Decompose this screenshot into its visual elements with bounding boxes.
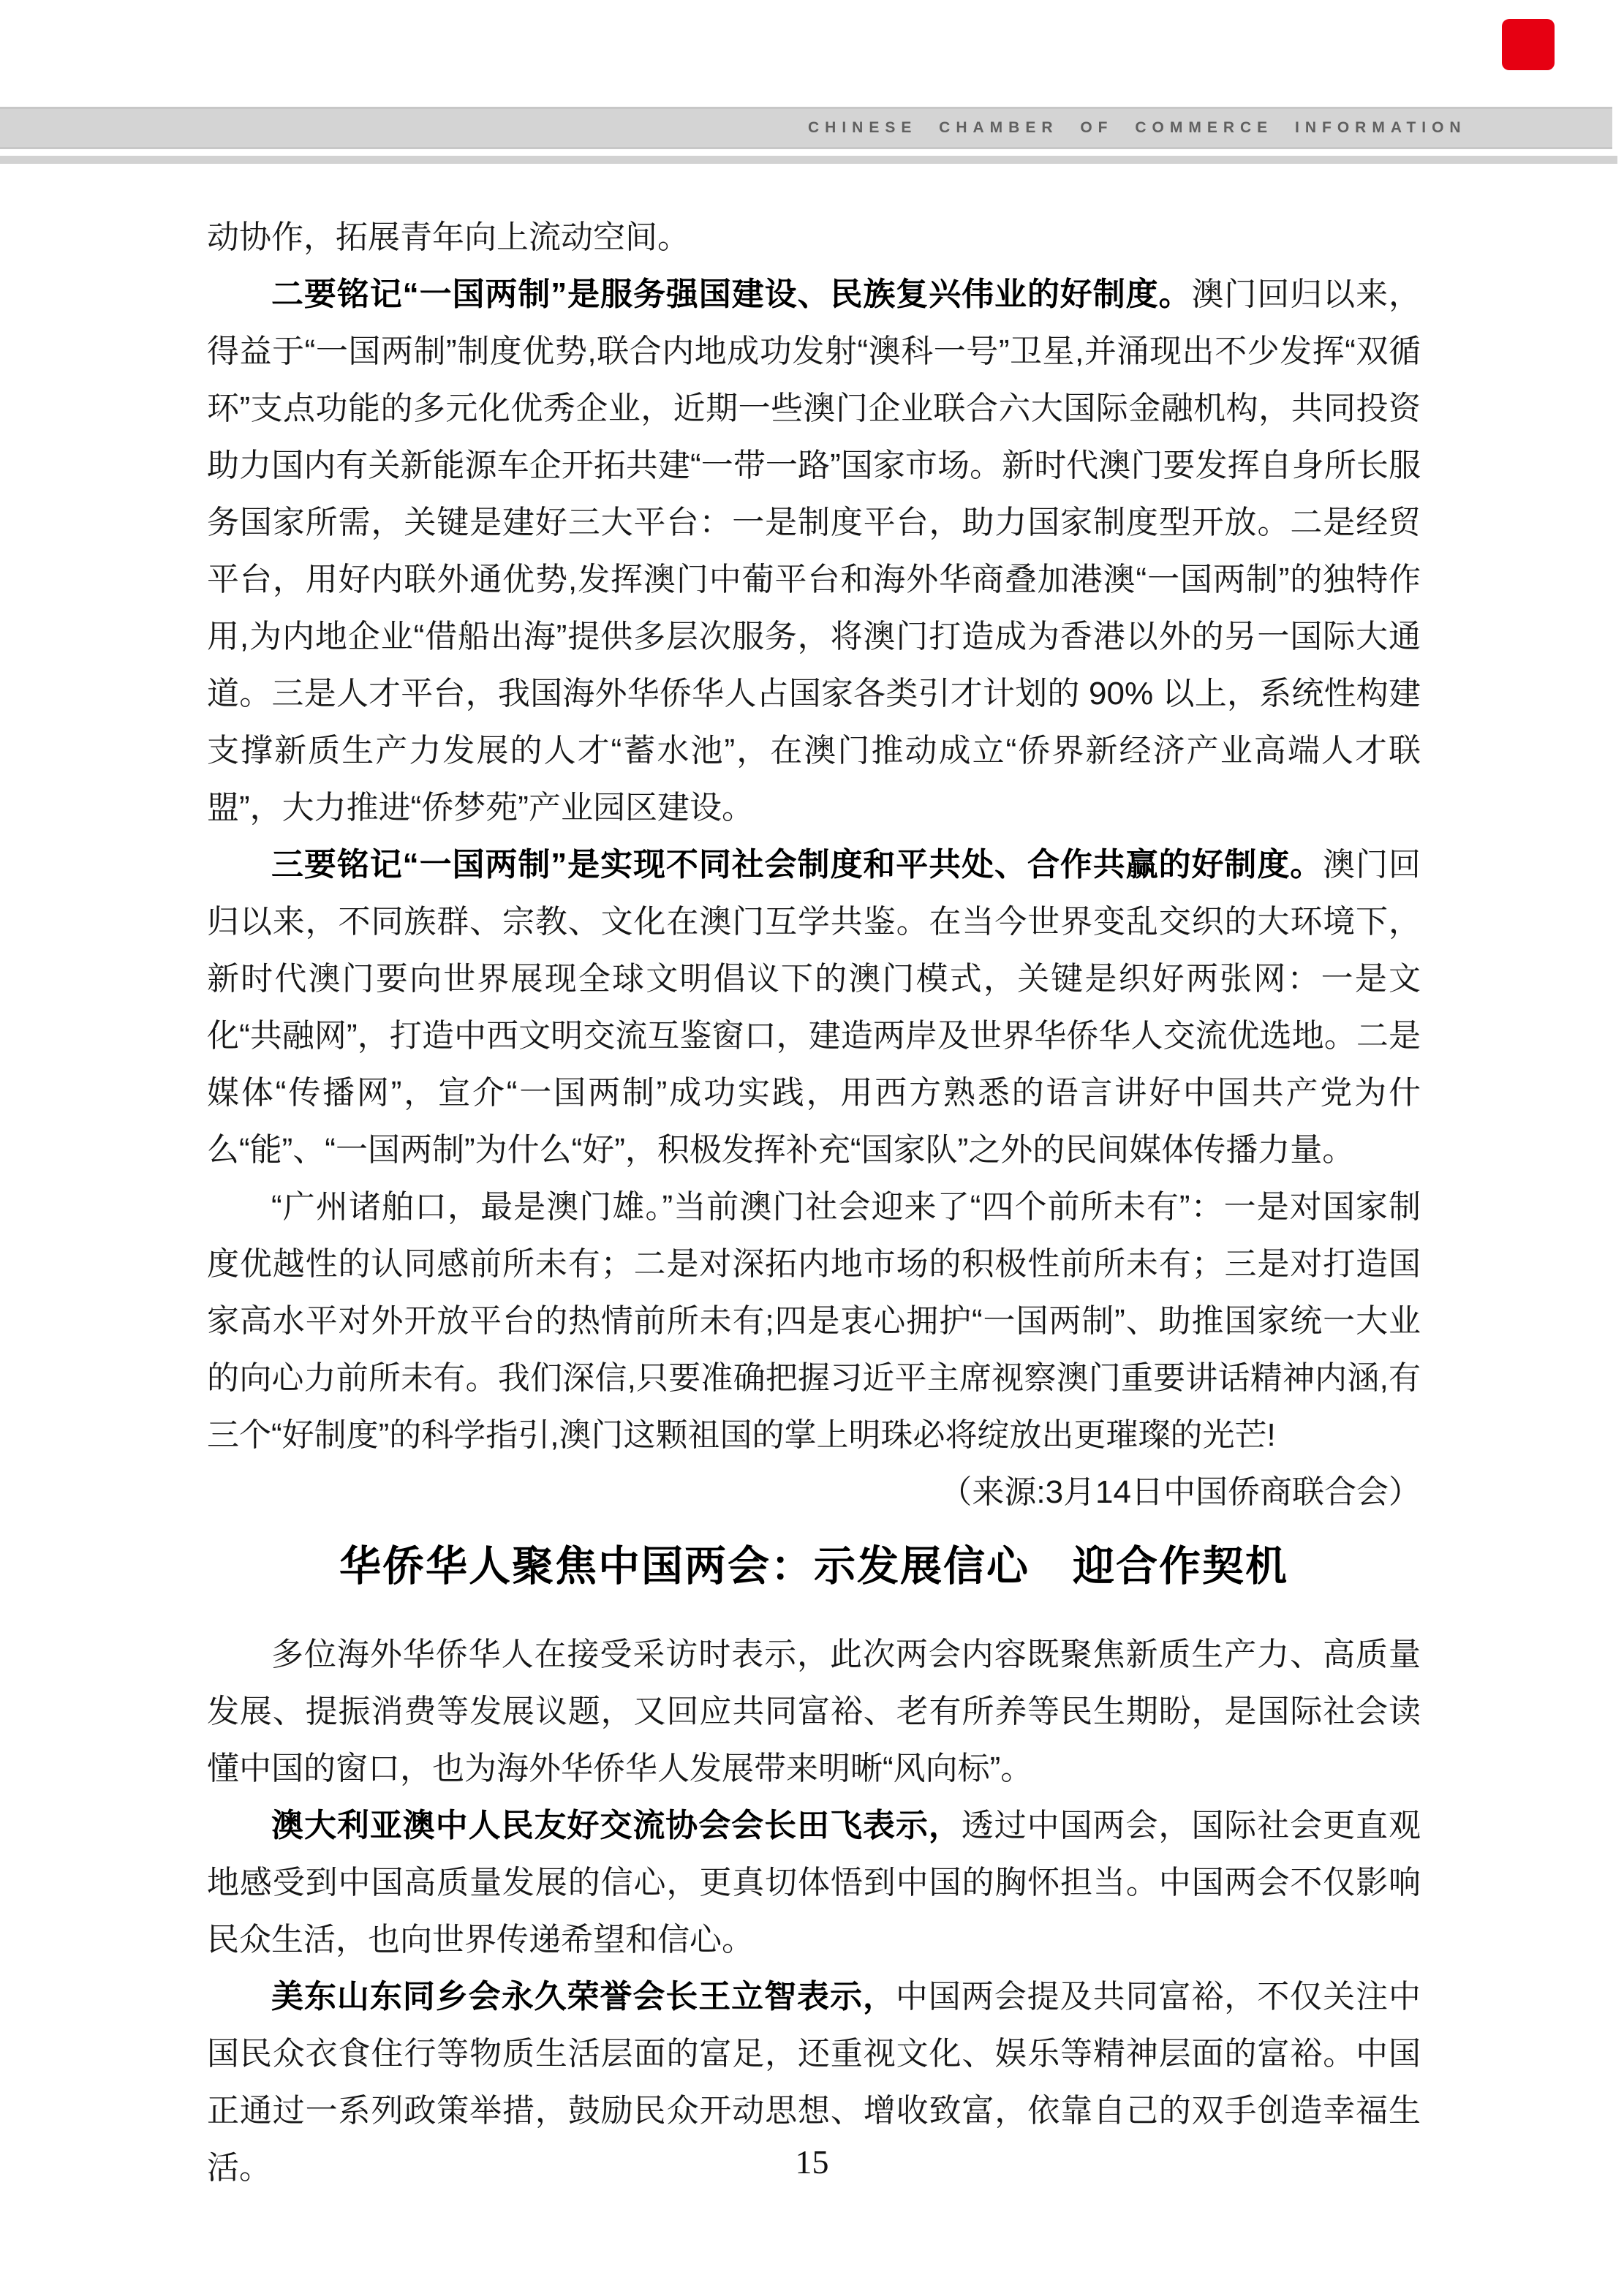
paragraph-text: 澳门回归以来，不同族群、宗教、文化在澳门互学共鉴。在当今世界变乱交织的大环境下，… — [207, 847, 1421, 1168]
paragraph-text: 澳门回归以来，得益于“一国两制”制度优势,联合内地成功发射“澳科一号”卫星,并涌… — [207, 276, 1421, 826]
source-note: （来源:3月14日中国侨商联合会） — [940, 1464, 1421, 1521]
paragraph-three-principle: 三要铭记“一国两制”是实现不同社会制度和平共处、合作共赢的好制度。澳门回归以来，… — [207, 837, 1421, 1179]
paragraph-tianfei: 澳大利亚澳中人民友好交流协会会长田飞表示，透过中国两会，国际社会更直观地感受到中… — [207, 1797, 1421, 1969]
paragraph-lead: 二要铭记“一国两制”是服务强国建设、民族复兴伟业的好制度。 — [271, 276, 1192, 312]
paragraph-text: “广州诸舶口，最是澳门雄。”当前澳门社会迎来了“四个前所未有”：一是对国家制度优… — [207, 1189, 1421, 1453]
header-band: CHINESE CHAMBER OF COMMERCE INFORMATION — [0, 107, 1612, 149]
paragraph-overview: 多位海外华侨华人在接受采访时表示，此次两会内容既聚焦新质生产力、高质量发展、提振… — [207, 1626, 1421, 1797]
header-banner-text: CHINESE CHAMBER OF COMMERCE INFORMATION — [808, 109, 1467, 147]
article-title: 华侨华人聚焦中国两会：示发展信心 迎合作契机 — [207, 1537, 1421, 1596]
page-body: 动协作，拓展青年向上流动空间。 二要铭记“一国两制”是服务强国建设、民族复兴伟业… — [207, 209, 1421, 2197]
paragraph-text: 多位海外华侨华人在接受采访时表示，此次两会内容既聚焦新质生产力、高质量发展、提振… — [207, 1637, 1421, 1786]
header-band-thin — [0, 156, 1617, 164]
page-number: 15 — [0, 2143, 1624, 2181]
paragraph-continuation: 动协作，拓展青年向上流动空间。 — [207, 209, 1421, 266]
paragraph-two-principle: 二要铭记“一国两制”是服务强国建设、民族复兴伟业的好制度。澳门回归以来，得益于“… — [207, 266, 1421, 837]
paragraph-lead: 美东山东同乡会永久荣誉会长王立智表示， — [271, 1979, 896, 2015]
newsletter-page: CHINESE CHAMBER OF COMMERCE INFORMATION … — [0, 0, 1624, 2272]
red-corner-mark — [1502, 19, 1555, 70]
paragraph-lead: 澳大利亚澳中人民友好交流协会会长田飞表示， — [271, 1808, 962, 1843]
paragraph-lead: 三要铭记“一国两制”是实现不同社会制度和平共处、合作共赢的好制度。 — [271, 847, 1323, 883]
paragraph-closing: “广州诸舶口，最是澳门雄。”当前澳门社会迎来了“四个前所未有”：一是对国家制度优… — [207, 1179, 1421, 1464]
